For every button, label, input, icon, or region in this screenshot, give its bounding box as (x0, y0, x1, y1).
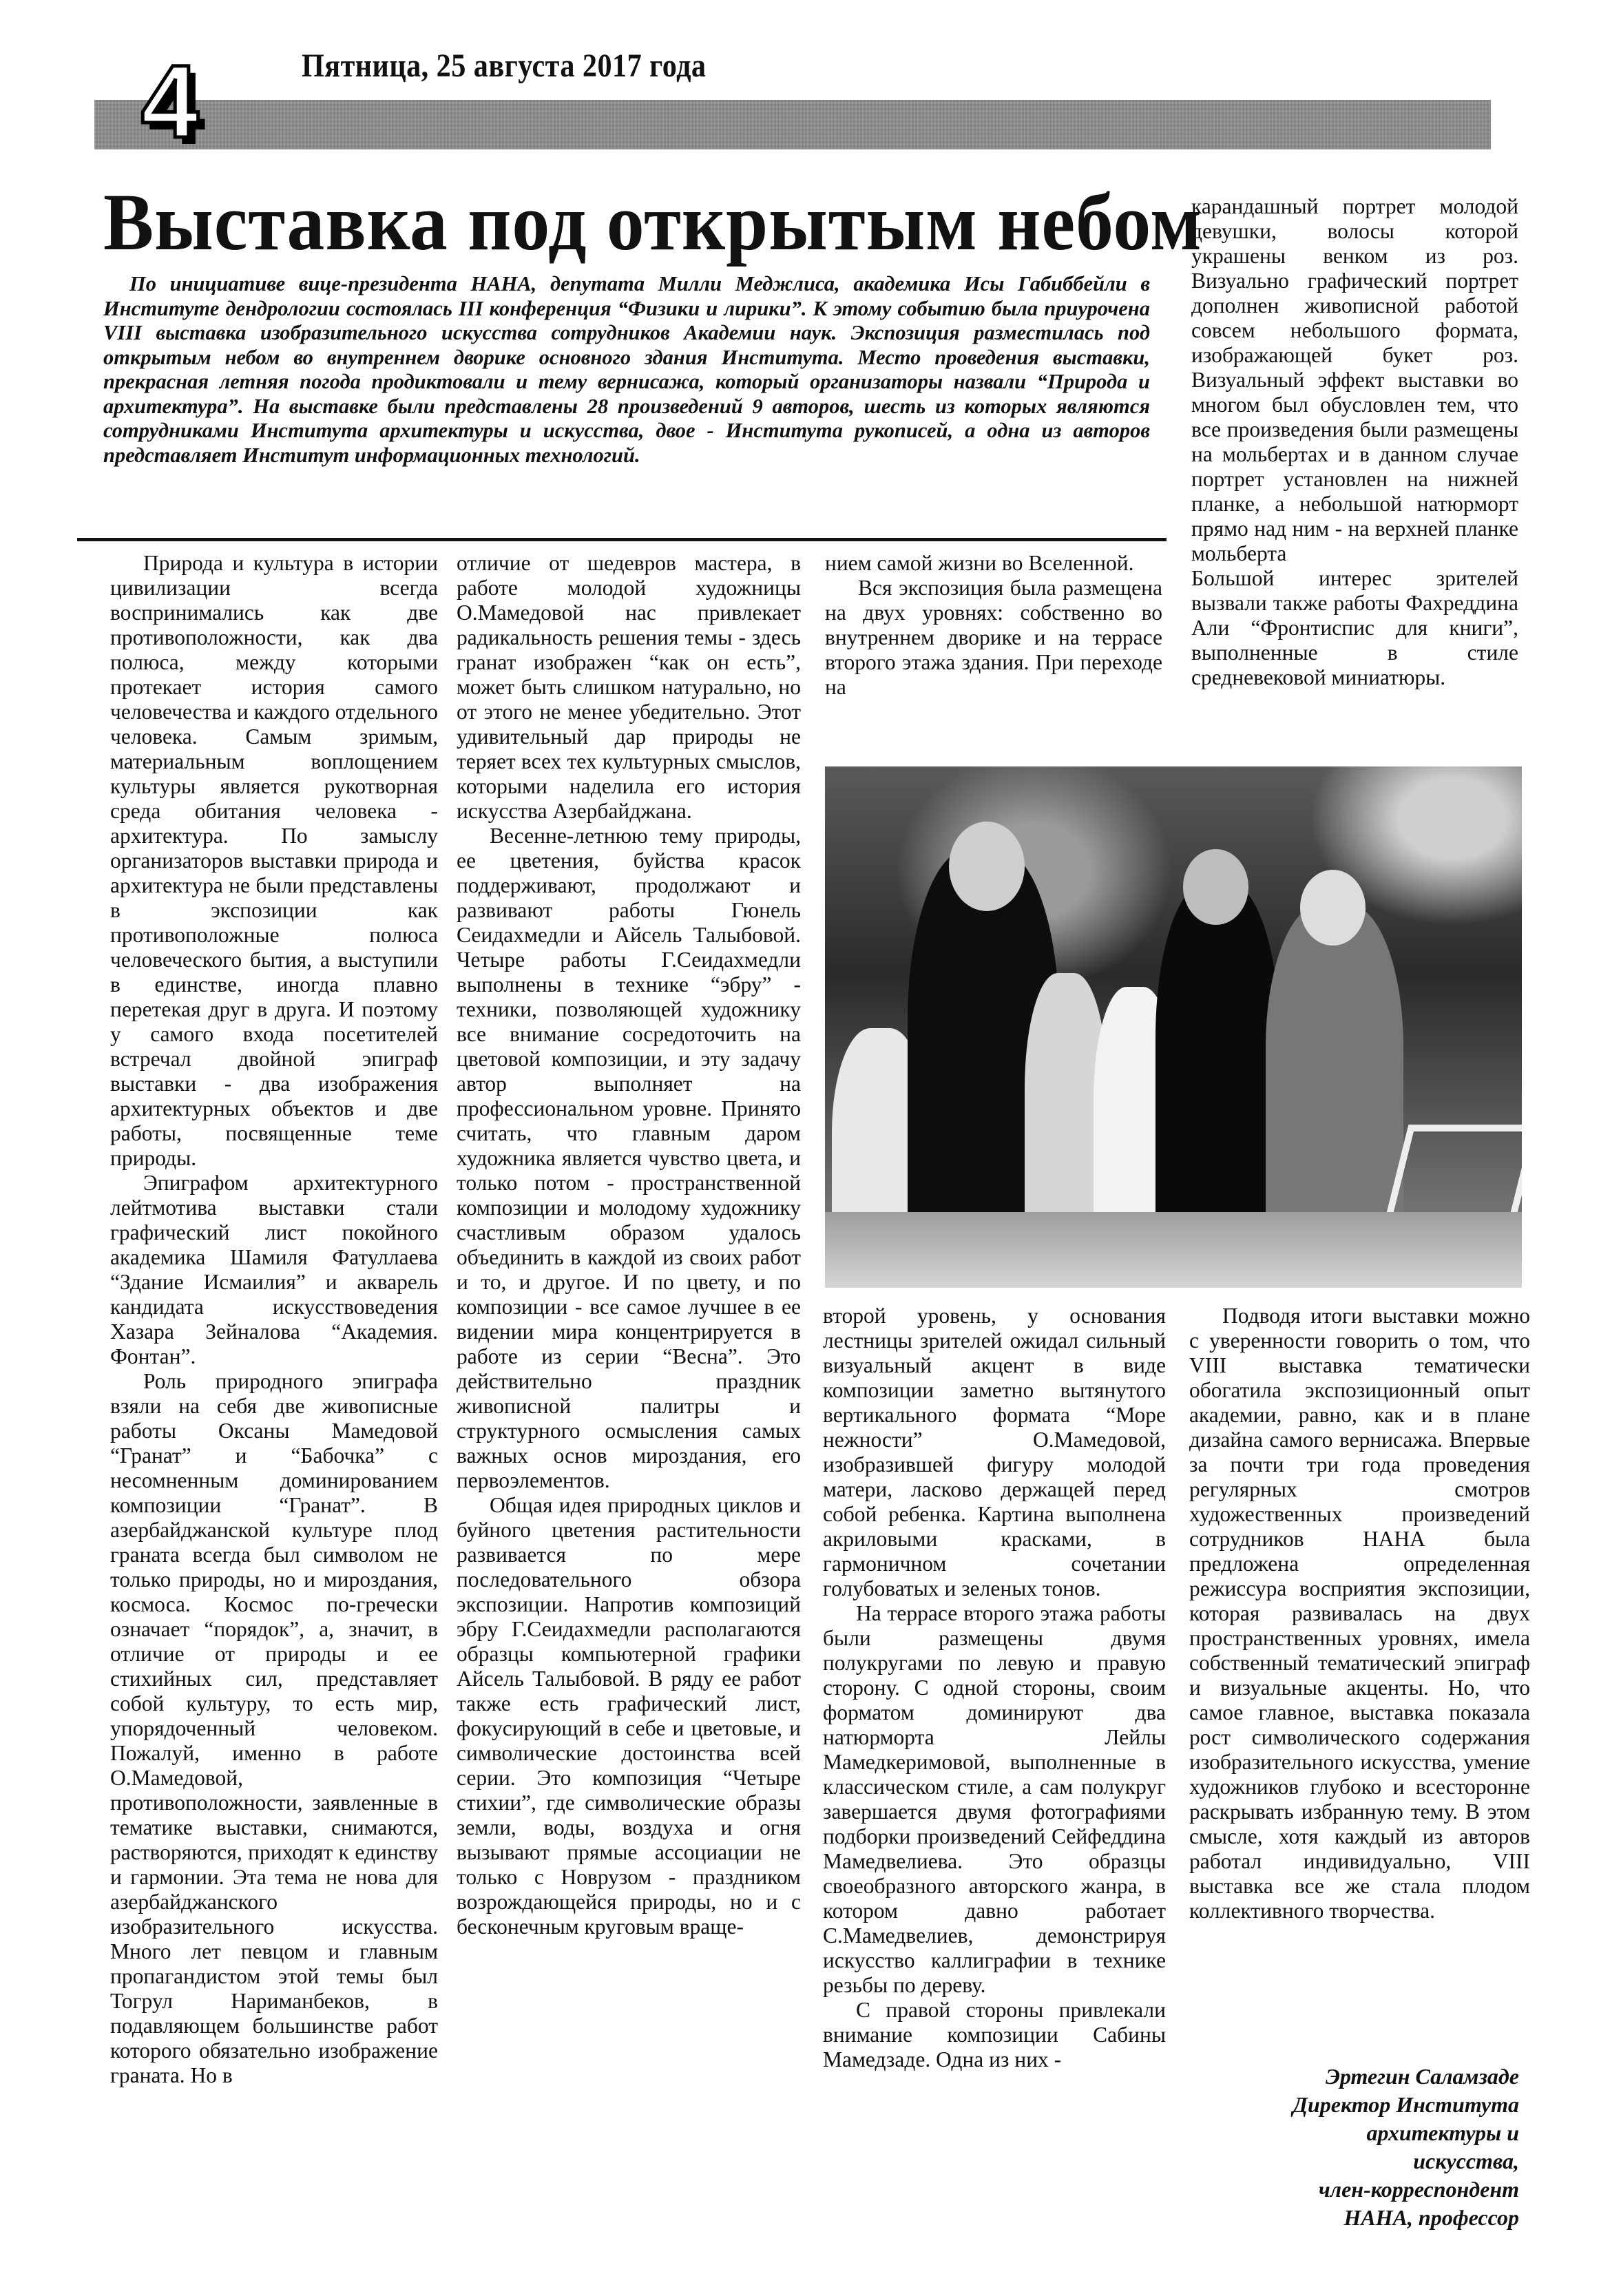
photo-figure (1266, 904, 1403, 1262)
author-title: НАНА, профессор (1161, 2204, 1519, 2232)
exhibition-photo (825, 766, 1522, 1288)
author-title: искусства, (1161, 2147, 1519, 2175)
paragraph: Общая идея природных циклов и буйного цв… (457, 1493, 801, 1939)
issue-date: Пятница, 25 августа 2017 года (302, 47, 706, 85)
paragraph: Природа и культура в истории цивилизации… (110, 551, 438, 1171)
photo-figure (1183, 849, 1248, 925)
paragraph: Весенне-летнюю тему природы, ее цветения… (457, 824, 801, 1493)
header-band (94, 100, 1491, 149)
author-title: член-корреспондент (1161, 2175, 1519, 2204)
column-2: отличие от шедевров мастера, в работе мо… (457, 551, 801, 1939)
column-3-top: нием самой жизни во Вселенной. Вся экспо… (825, 551, 1162, 700)
author-title: Директор Института (1161, 2091, 1519, 2119)
column-4-bottom: Подводя итоги выставки можно с увереннос… (1189, 1304, 1530, 1923)
paragraph: отличие от шедевров мастера, в работе мо… (457, 551, 801, 824)
paragraph: С правой стороны привлекали внимание ком… (823, 1998, 1166, 2072)
paragraph: Большой интерес зрителей вызвали также р… (1191, 566, 1518, 690)
column-3-bottom: второй уровень, у основания лестницы зри… (823, 1304, 1166, 2072)
article-title: Выставка под открытым небом (103, 178, 1202, 267)
paragraph: Эпиграфом архитектурного лейтмотива выст… (110, 1171, 438, 1369)
paragraph: нием самой жизни во Вселенной. (825, 551, 1162, 576)
author-name: Эртегин Саламзаде (1161, 2063, 1519, 2091)
paragraph: Роль природного эпиграфа взяли на себя д… (110, 1369, 438, 2088)
paragraph: На террасе второго этажа работы были раз… (823, 1601, 1166, 1998)
photo-floor (825, 1212, 1522, 1288)
paragraph: карандашный портрет молодой девушки, вол… (1191, 194, 1518, 566)
page-number: 4 (141, 56, 210, 132)
photo-figure (1155, 884, 1279, 1269)
lead-divider (77, 538, 1167, 541)
paragraph: Подводя итоги выставки можно с увереннос… (1189, 1304, 1530, 1923)
author-signature: Эртегин Саламзаде Директор Института арх… (1161, 2063, 1519, 2232)
photo-figure (1300, 870, 1366, 946)
paragraph: второй уровень, у основания лестницы зри… (823, 1304, 1166, 1601)
column-1: Природа и культура в истории цивилизации… (110, 551, 438, 2088)
photo-figure (949, 822, 1025, 911)
author-title: архитектуры и (1161, 2119, 1519, 2147)
column-4-top: карандашный портрет молодой девушки, вол… (1191, 194, 1518, 690)
paragraph: Вся экспозиция была размещена на двух ур… (825, 576, 1162, 700)
article-lead: По инициативе вице-президента НАНА, депу… (103, 272, 1150, 468)
